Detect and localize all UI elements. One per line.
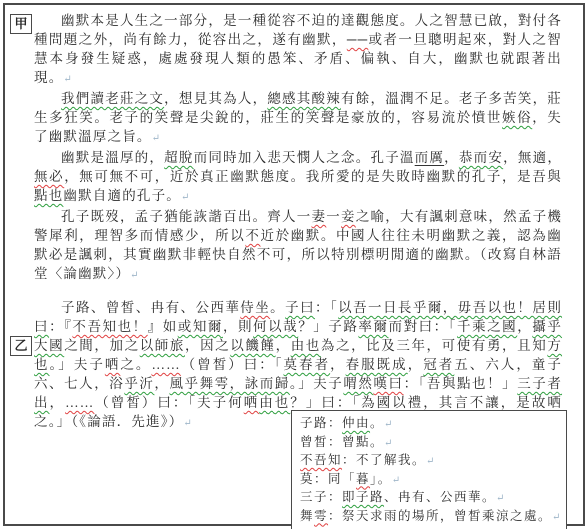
- text-run: 哂: [105, 357, 121, 372]
- text-run: ，想見其為人，: [164, 91, 267, 106]
- text-run: 。: [370, 416, 384, 430]
- text-run: 不吾知: [300, 453, 342, 467]
- text-run: 不: [245, 228, 260, 243]
- text-run: ，: [444, 150, 459, 165]
- paragraph-mark: ↵: [384, 438, 392, 449]
- section-label-jia: 甲: [10, 14, 32, 34]
- text-run: ：『: [49, 319, 72, 334]
- text-run: 乎沂: [124, 376, 154, 391]
- text-run: 春服既成: [346, 357, 408, 372]
- text-run: 、冉有、公西華。: [384, 490, 496, 504]
- text-run: 或知爾: [178, 319, 223, 334]
- text-run: ：「: [315, 300, 338, 315]
- text-run: 之。: [120, 357, 151, 372]
- text-run: ，: [154, 376, 169, 391]
- text-run: ，: [408, 357, 424, 372]
- text-run: 子路：: [300, 416, 342, 430]
- paragraph-mark: ↵: [552, 512, 560, 523]
- paragraph-mark: ↵: [130, 270, 138, 281]
- text-run: 而厲: [415, 150, 444, 165]
- text-run: 侍坐: [240, 300, 270, 315]
- text-run: 曾皙：曾點。: [300, 435, 384, 449]
- text-run: 恭而安: [459, 150, 503, 165]
- text-run: ，無適，: [503, 150, 562, 165]
- paragraph-mark: ↵: [181, 192, 189, 203]
- text-run: 冠者: [423, 357, 454, 372]
- text-run: ？」曰：「為國以禮，其言不讓，是故: [290, 395, 547, 410]
- text-run: 風乎舞雩，詠而歸: [169, 376, 289, 391]
- text-run: 莫：同「: [300, 472, 356, 486]
- text-run: 。」夫子: [290, 376, 343, 391]
- text-run: 嘆曰: [373, 376, 403, 391]
- glossary-entry: 不吾知：不了解我。↵: [300, 452, 558, 471]
- text-run: 子路、曾皙、冉有、公西華: [61, 300, 240, 315]
- text-run: 雩: [314, 509, 328, 523]
- glossary-entry: 莫：同「暮」。↵: [300, 471, 558, 490]
- paragraph: 幽默本是人生之一部分，是一種從容不迫的達觀態度。人之智慧已啟，對付各種問題之外，…: [34, 11, 562, 89]
- glossary-box: 子路：仲由。↵曾皙：曾點。↵不吾知：不了解我。↵莫：同「暮」。↵三子：即子路、冉…: [291, 410, 567, 529]
- text-run: ……: [65, 395, 94, 410]
- text-run: 即子路: [342, 490, 384, 504]
- text-run: 妻: [312, 209, 327, 224]
- text-run: ，: [276, 338, 291, 353]
- text-run: ，因之: [185, 338, 230, 353]
- paragraph-mark: ↵: [496, 493, 504, 504]
- text-run: 我們讀老莊之文: [61, 91, 164, 106]
- text-run: 一: [326, 209, 341, 224]
- section-label-yi: 乙: [10, 336, 32, 356]
- text-run: 而對曰：「: [389, 319, 458, 334]
- text-run: 而同時加入悲天憫人之念。孔子溫: [194, 150, 415, 165]
- text-run: 暮: [356, 472, 370, 486]
- paragraph-mark: ↵: [384, 419, 392, 430]
- text-run: ？」子路: [298, 319, 358, 334]
- paragraph: 我們讀老莊之文，想見其為人，總感其酸辣有餘，溫潤不足。老子多苦笑，莊生多狂笑。老…: [34, 89, 562, 148]
- paragraph-mark: ↵: [392, 475, 400, 486]
- paragraph: 孔子既歿，孟子猶能詼諧百出。齊人一妻一妾之喻，大有諷刺意味，然孟子機警犀利，理智…: [34, 207, 562, 285]
- text-run: ：不了解我。: [342, 453, 426, 467]
- text-run: ，則: [223, 319, 253, 334]
- text-run: 點也: [34, 188, 63, 203]
- paragraph-mark: ↵: [63, 74, 71, 85]
- section-passage-0: 幽默本是人生之一部分，是一種從容不迫的達觀態度。人之智慧已啟，對付各種問題之外，…: [34, 11, 562, 285]
- text-run: 何以哉: [253, 319, 298, 334]
- text-run: ：祭天求雨的場所，曾皙乘涼之處。: [328, 509, 552, 523]
- text-run: 幽默自適的孔子。: [63, 188, 181, 203]
- glossary-entry: 曾皙：曾點。↵: [300, 434, 558, 453]
- paragraph-mark: ↵: [152, 133, 160, 144]
- text-run: 孔子既歿，孟子猶能詼諧百出。齊人一: [61, 209, 312, 224]
- paragraph-mark: ↵: [426, 456, 434, 467]
- text-run: ，: [330, 357, 346, 372]
- text-run: 。: [270, 300, 285, 315]
- text-run: 總感其酸辣: [267, 91, 341, 106]
- text-run: 哂: [547, 395, 562, 410]
- text-run: 由也: [259, 395, 290, 410]
- text-run: 為之，比及三年，可使有勇，且知: [321, 338, 547, 353]
- paragraph-mark: ↵: [183, 418, 191, 429]
- text-run: 之間，加之: [64, 338, 139, 353]
- text-run: ，: [517, 319, 532, 334]
- text-run: 仲由: [342, 416, 370, 430]
- glossary-entry: 舞雩：祭天求雨的場所，曾皙乘涼之處。↵: [300, 508, 558, 527]
- text-run: 子曰: [285, 300, 315, 315]
- passages: 幽默本是人生之一部分，是一種從容不迫的達觀態度。人之智慧已啟，對付各種問題之外，…: [34, 11, 562, 433]
- text-run: 喟然: [343, 376, 373, 391]
- text-run: 以師旅: [140, 338, 185, 353]
- paragraph: 幽默是溫厚的，超脫而同時加入悲天憫人之念。孔子溫而厲，恭而安，無適，無必，無可無…: [34, 148, 562, 207]
- text-run: 率爾: [358, 319, 388, 334]
- text-run: 無必: [34, 169, 64, 184]
- text-run: ……: [151, 357, 180, 372]
- text-run: 以饑饉: [230, 338, 275, 353]
- text-run: 三子：: [300, 490, 342, 504]
- text-run: 由也: [291, 338, 321, 353]
- glossary-entry: 子路：仲由。↵: [300, 415, 558, 434]
- glossary-entry: 三子：即子路、冉有、公西華。↵: [300, 489, 558, 508]
- text-run: 嫉俗: [502, 110, 532, 125]
- page-frame: 幽默本是人生之一部分，是一種從容不迫的達觀態度。人之智慧已啟，對付各種問題之外，…: [3, 3, 585, 526]
- text-run: 舞: [300, 509, 314, 523]
- text-run: ，無可無不可，近於真正幽默態度。我所愛的是失敗時幽默的孔子，是吾與: [64, 169, 562, 184]
- text-run: 超脫: [164, 150, 193, 165]
- text-run: 之。」（《論語．先進》）: [34, 414, 183, 429]
- text-run: 」。: [370, 472, 392, 486]
- text-run: 』如: [148, 319, 178, 334]
- text-run: ──: [347, 32, 369, 47]
- text-run: 幽默是溫厚的，: [61, 150, 164, 165]
- text-run: 妾: [341, 209, 356, 224]
- text-run: 哂: [244, 395, 260, 410]
- text-run: ：「吾與點也！」: [404, 376, 518, 391]
- text-run: 。」夫子: [50, 357, 105, 372]
- text-run: （曾皙）曰：「: [181, 357, 284, 372]
- text-run: 不吾知也！: [72, 319, 147, 334]
- text-run: 千乘之國: [457, 319, 517, 334]
- text-run: 莫春者: [284, 357, 331, 372]
- text-run: ，: [50, 395, 66, 410]
- text-run: （曾皙）曰：「夫子何: [94, 395, 243, 410]
